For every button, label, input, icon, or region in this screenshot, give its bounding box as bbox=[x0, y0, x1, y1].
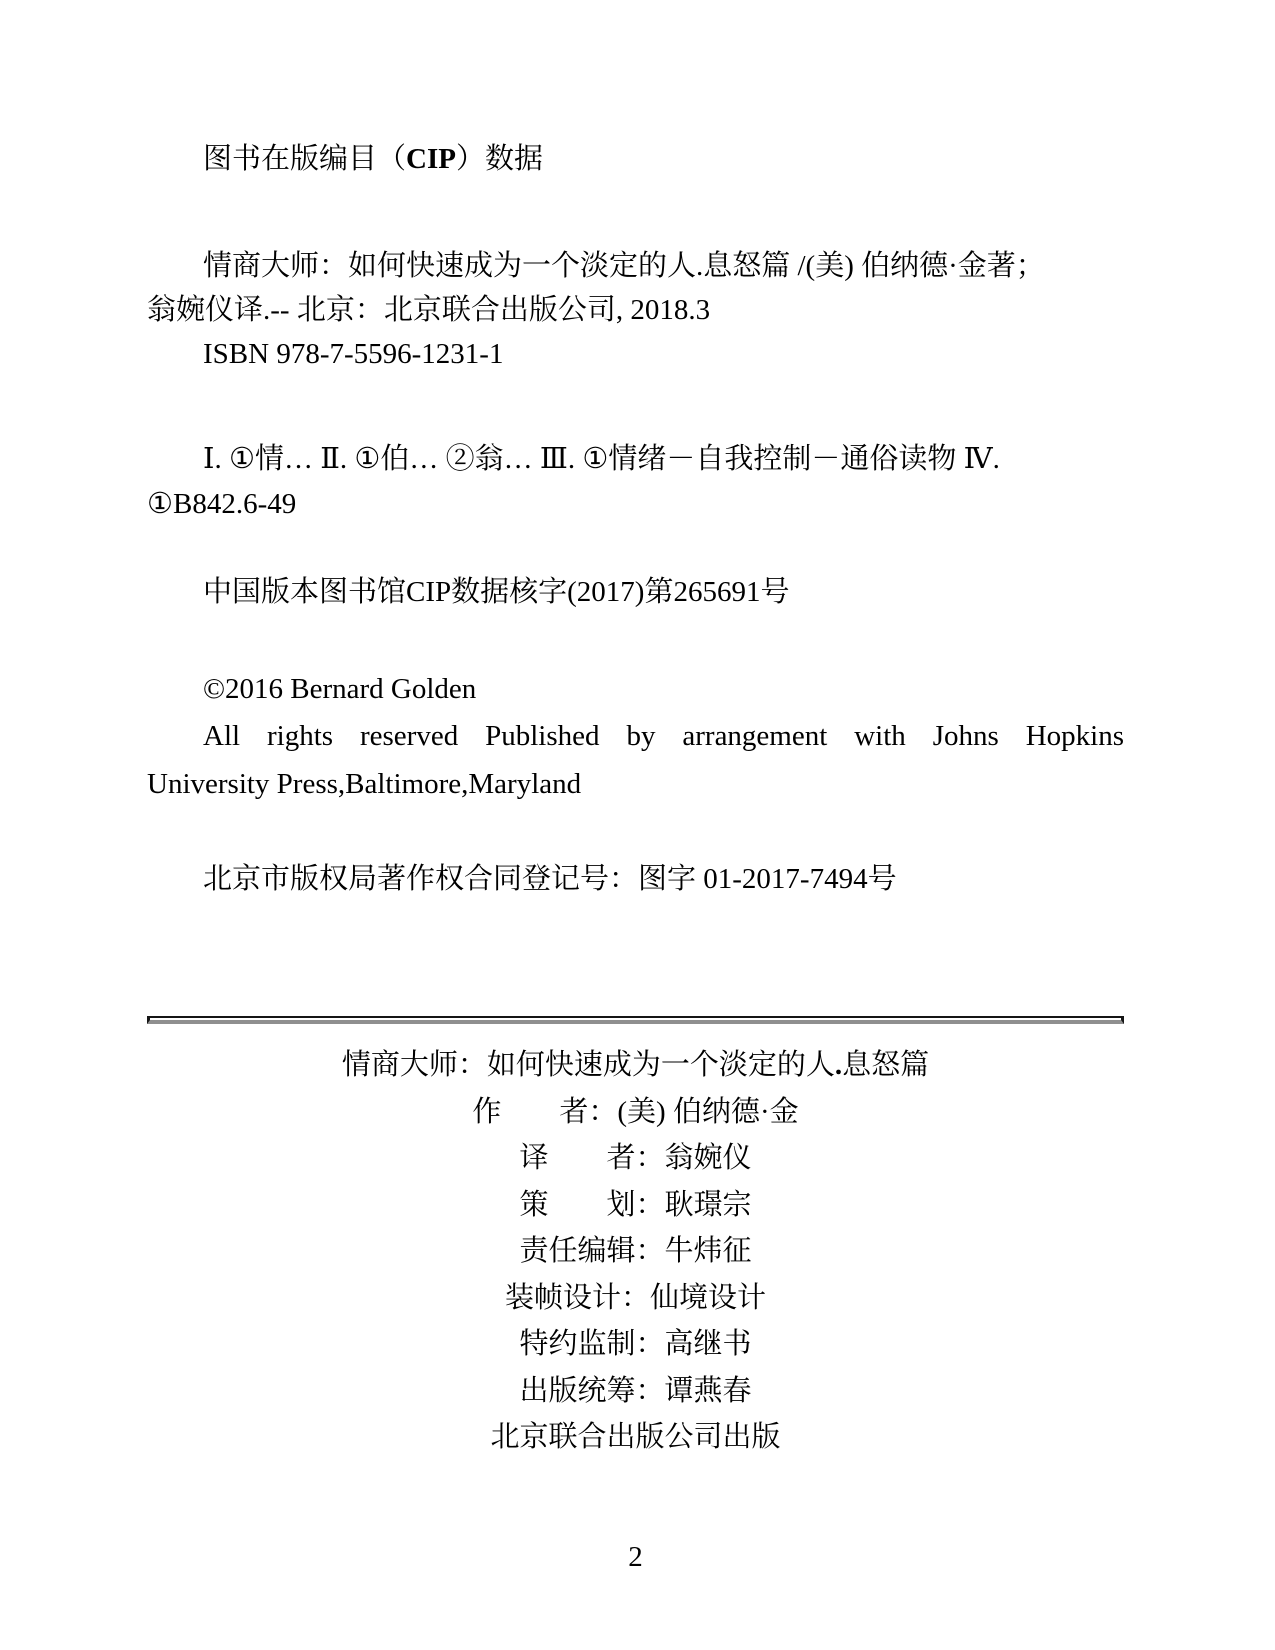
cip-entry-line-2: 翁婉仪译.-- 北京：北京联合出版公司, 2018.3 bbox=[147, 288, 1124, 332]
book-title-line: 情商大师：如何快速成为一个淡定的人.息怒篇 bbox=[147, 1042, 1124, 1089]
copyright-block: ©2016 Bernard Golden All rights reserved… bbox=[147, 667, 1124, 808]
credit-line-translator: 译 者：翁婉仪 bbox=[147, 1135, 1124, 1182]
cip-classification-block: Ⅰ. ①情… Ⅱ. ①伯… ②翁… Ⅲ. ①情绪－自我控制－通俗读物 Ⅳ. ①B… bbox=[147, 437, 1124, 527]
credit-line-supervisor: 特约监制：高继书 bbox=[147, 1321, 1124, 1368]
section-divider-line bbox=[147, 1016, 1124, 1024]
rights-statement-line-2: University Press,Baltimore,Maryland bbox=[147, 760, 1124, 808]
rights-statement-line-1: All rights reserved Published by arrange… bbox=[147, 712, 1124, 760]
cip-header-acronym: CIP bbox=[406, 143, 456, 175]
publisher-line: 北京联合出版公司出版 bbox=[147, 1414, 1124, 1461]
cip-classification-line-2: ①B842.6-49 bbox=[147, 482, 1124, 527]
page-number: 2 bbox=[147, 1535, 1124, 1580]
cip-header-prefix: 图书在版编目（ bbox=[203, 143, 406, 175]
cip-entry-line-1: 情商大师：如何快速成为一个淡定的人.息怒篇 /(美) 伯纳德·金著； bbox=[147, 244, 1124, 288]
cip-classification-line-1: Ⅰ. ①情… Ⅱ. ①伯… ②翁… Ⅲ. ①情绪－自我控制－通俗读物 Ⅳ. bbox=[147, 437, 1124, 482]
cip-header-suffix: ）数据 bbox=[456, 143, 543, 175]
book-copyright-page: 图书在版编目（CIP）数据 情商大师：如何快速成为一个淡定的人.息怒篇 /(美)… bbox=[0, 0, 1275, 1650]
credit-line-editor: 责任编辑：牛炜征 bbox=[147, 1228, 1124, 1275]
cip-header: 图书在版编目（CIP）数据 bbox=[147, 137, 1124, 182]
book-title-part2: 息怒篇 bbox=[842, 1049, 929, 1081]
cip-entry-block: 情商大师：如何快速成为一个淡定的人.息怒篇 /(美) 伯纳德·金著； 翁婉仪译.… bbox=[147, 244, 1124, 376]
credit-line-coordinator: 出版统筹：谭燕春 bbox=[147, 1368, 1124, 1415]
cip-record-number: 中国版本图书馆CIP数据核字(2017)第265691号 bbox=[147, 570, 1124, 615]
publication-info-block: 情商大师：如何快速成为一个淡定的人.息怒篇 作 者：(美) 伯纳德·金 译 者：… bbox=[147, 1042, 1124, 1461]
credit-line-planner: 策 划：耿璟宗 bbox=[147, 1182, 1124, 1229]
registration-number-line: 北京市版权局著作权合同登记号：图字 01-2017-7494号 bbox=[147, 857, 1124, 902]
credit-line-author: 作 者：(美) 伯纳德·金 bbox=[147, 1089, 1124, 1136]
copyright-holder-line: ©2016 Bernard Golden bbox=[147, 667, 1124, 712]
book-title-part1: 情商大师：如何快速成为一个淡定的人 bbox=[342, 1049, 835, 1081]
credit-line-designer: 装帧设计：仙境设计 bbox=[147, 1275, 1124, 1322]
cip-isbn-line: ISBN 978-7-5596-1231-1 bbox=[147, 332, 1124, 376]
